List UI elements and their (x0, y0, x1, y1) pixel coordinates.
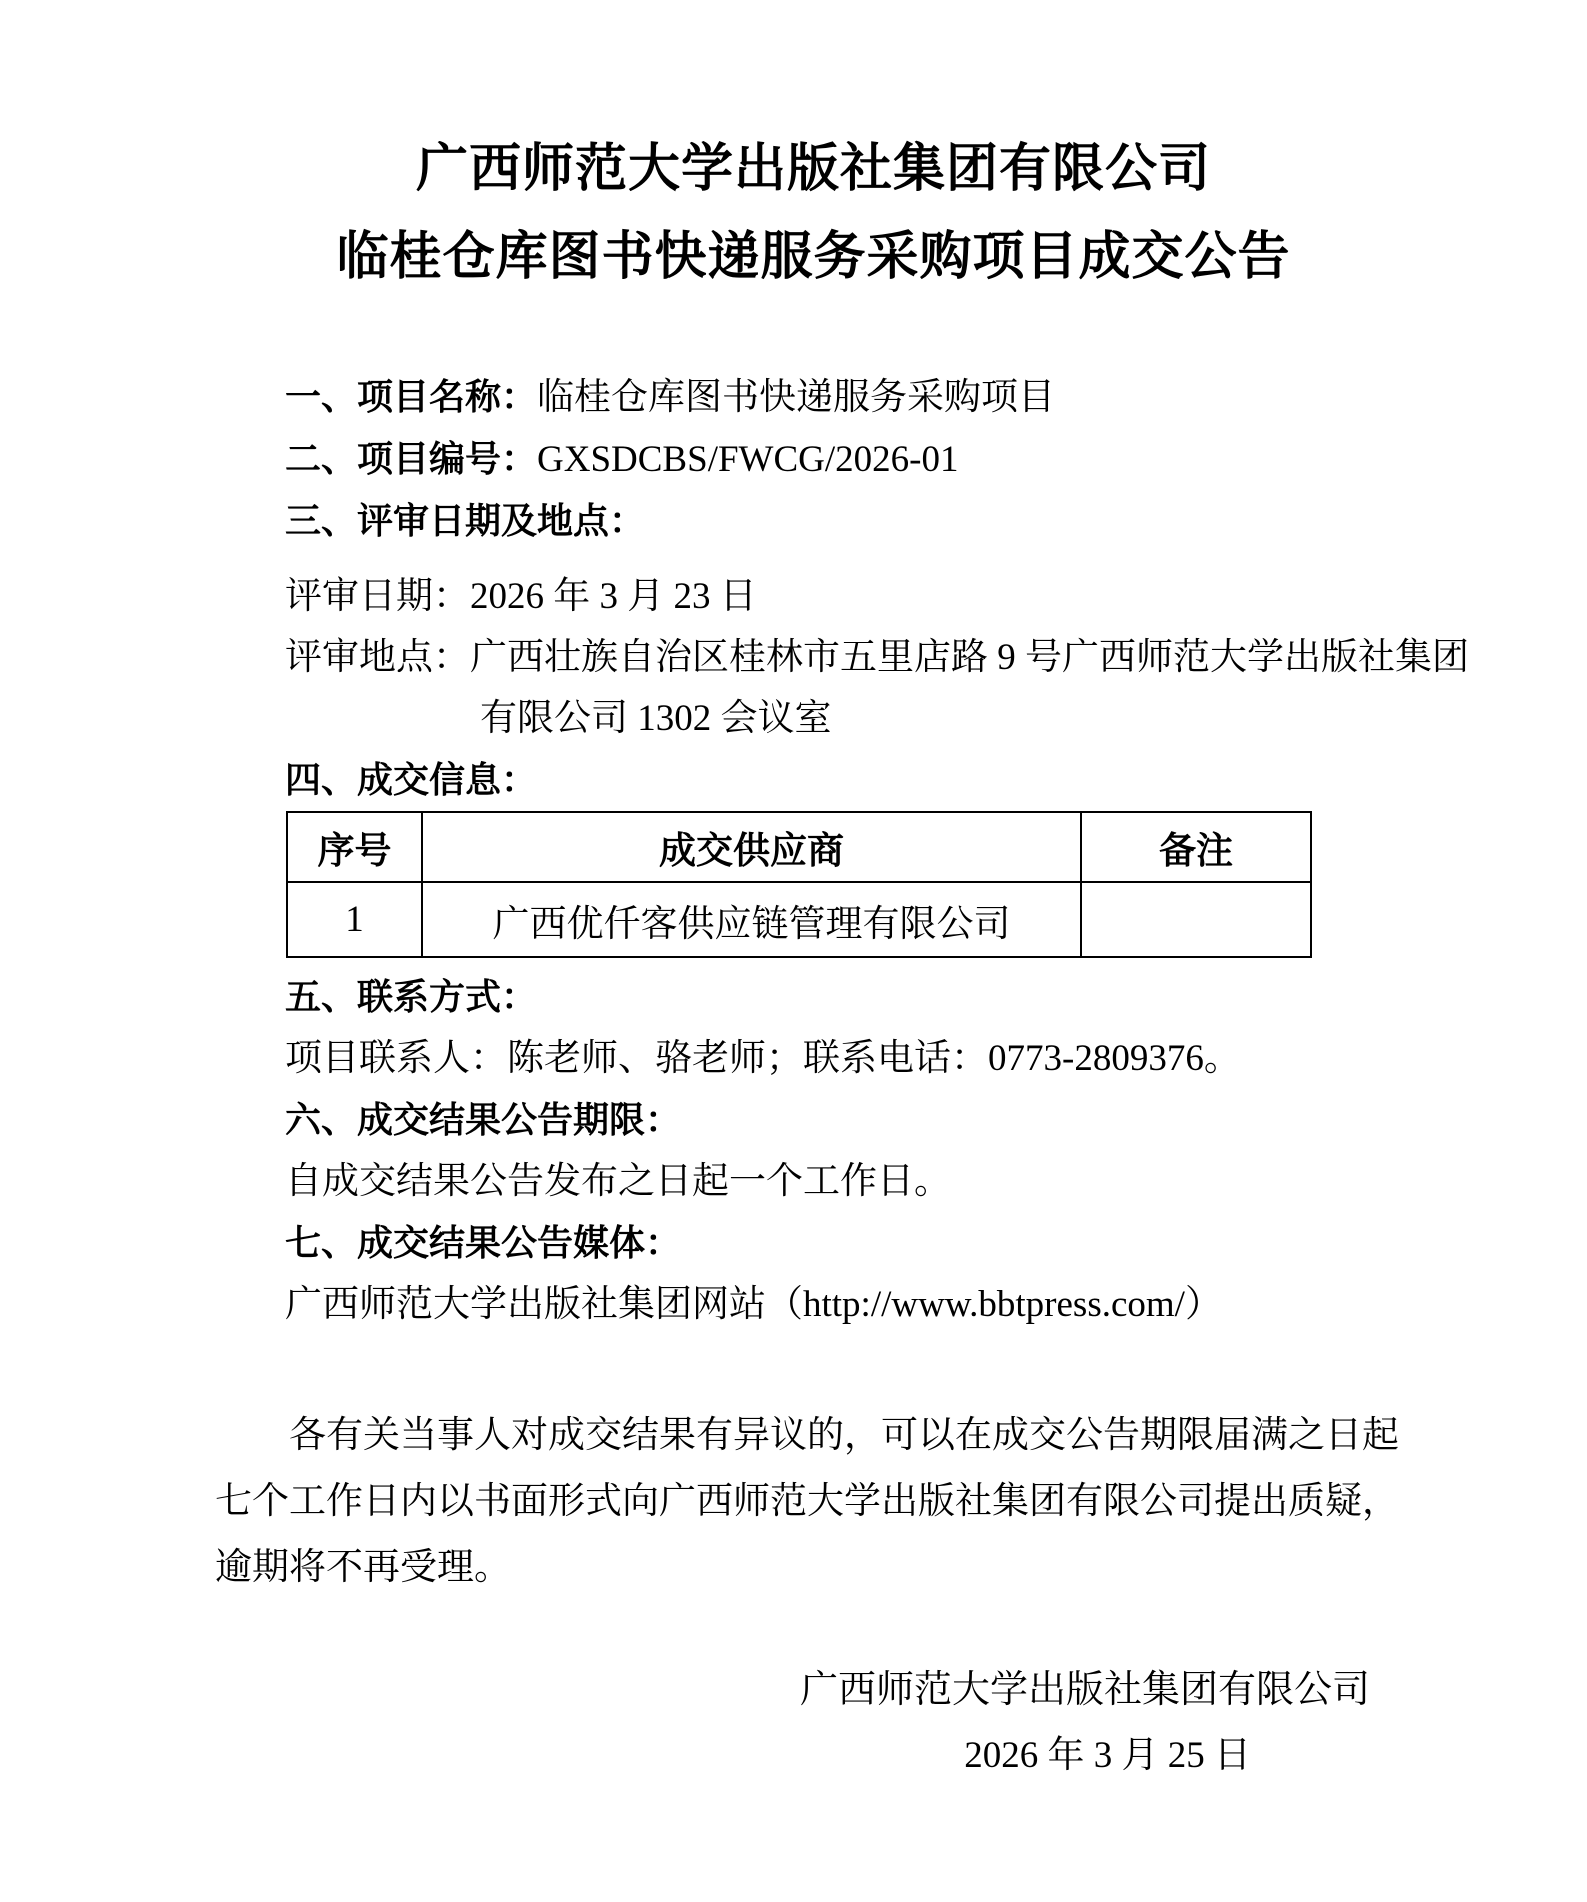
award-table-header-remark: 备注 (1081, 812, 1311, 882)
section-project-number-value: GXSDCBS/FWCG/2026-01 (537, 439, 958, 480)
signature-block: 广西师范大学出版社集团有限公司 2026 年 3 月 25 日 (215, 1657, 1412, 1789)
section-project-name-label: 一、项目名称： (285, 376, 537, 417)
signature-date: 2026 年 3 月 25 日 (215, 1723, 1412, 1789)
award-table-cell-supplier: 广西优仟客供应链管理有限公司 (422, 882, 1081, 957)
closing-line-3: 逾期将不再受理。 (215, 1535, 1412, 1601)
section-contact-label: 五、联系方式： (285, 976, 537, 1017)
title-line-1: 广西师范大学出版社集团有限公司 (215, 126, 1412, 214)
section-contact-heading: 五、联系方式： (215, 966, 1412, 1028)
award-table: 序号 成交供应商 备注 1 广西优仟客供应链管理有限公司 (286, 811, 1312, 958)
section-project-number-label: 二、项目编号： (285, 438, 537, 479)
review-place-line-2: 有限公司 1302 会议室 (215, 688, 1412, 749)
award-table-header-seq: 序号 (287, 812, 422, 882)
closing-line-1: 各有关当事人对成交结果有异议的，可以在成交公告期限届满之日起 (215, 1403, 1412, 1469)
award-table-cell-seq: 1 (287, 882, 422, 957)
announce-period-body-line: 自成交结果公告发布之日起一个工作日。 (215, 1151, 1412, 1212)
announce-media-body-line: 广西师范大学出版社集团网站（http://www.bbtpress.com/） (215, 1274, 1412, 1335)
section-award-info-heading: 四、成交信息： (215, 749, 1412, 811)
section-review-label: 三、评审日期及地点： (285, 500, 645, 541)
review-date-line: 评审日期：2026 年 3 月 23 日 (215, 566, 1412, 627)
award-table-header-supplier: 成交供应商 (422, 812, 1081, 882)
award-table-row: 1 广西优仟客供应链管理有限公司 (287, 882, 1311, 957)
section-project-name: 一、项目名称：临桂仓库图书快递服务采购项目 (215, 366, 1412, 428)
signature-company: 广西师范大学出版社集团有限公司 (215, 1657, 1412, 1723)
contact-body-line: 项目联系人：陈老师、骆老师；联系电话：0773-2809376。 (215, 1028, 1412, 1089)
section-announce-media-heading: 七、成交结果公告媒体： (215, 1212, 1412, 1274)
review-place-line-1: 评审地点：广西壮族自治区桂林市五里店路 9 号广西师范大学出版社集团 (215, 627, 1412, 688)
closing-paragraph: 各有关当事人对成交结果有异议的，可以在成交公告期限届满之日起 七个工作日内以书面… (215, 1403, 1412, 1601)
closing-line-2: 七个工作日内以书面形式向广西师范大学出版社集团有限公司提出质疑， (215, 1469, 1412, 1535)
award-table-header-row: 序号 成交供应商 备注 (287, 812, 1311, 882)
document-page: 广西师范大学出版社集团有限公司 临桂仓库图书快递服务采购项目成交公告 一、项目名… (0, 0, 1587, 1902)
section-review-heading: 三、评审日期及地点： (215, 490, 1412, 552)
section-award-info-label: 四、成交信息： (285, 759, 537, 800)
document-title: 广西师范大学出版社集团有限公司 临桂仓库图书快递服务采购项目成交公告 (215, 126, 1412, 302)
document-body: 一、项目名称：临桂仓库图书快递服务采购项目 二、项目编号：GXSDCBS/FWC… (215, 366, 1412, 1789)
section-project-name-value: 临桂仓库图书快递服务采购项目 (537, 377, 1055, 418)
section-announce-media-label: 七、成交结果公告媒体： (285, 1222, 681, 1263)
section-project-number: 二、项目编号：GXSDCBS/FWCG/2026-01 (215, 428, 1412, 490)
section-announce-period-heading: 六、成交结果公告期限： (215, 1089, 1412, 1151)
section-announce-period-label: 六、成交结果公告期限： (285, 1099, 681, 1140)
title-line-2: 临桂仓库图书快递服务采购项目成交公告 (215, 214, 1412, 302)
award-table-cell-remark (1081, 882, 1311, 957)
